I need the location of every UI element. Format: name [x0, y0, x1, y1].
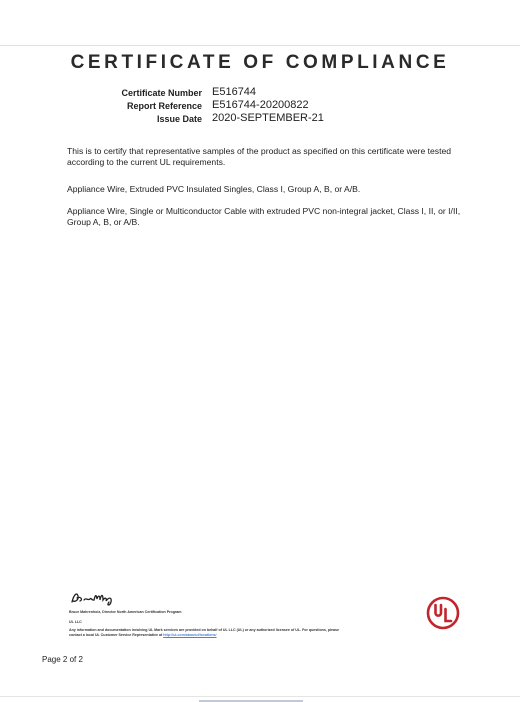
bottom-divider [0, 696, 520, 697]
top-divider [0, 45, 520, 46]
company-name: UL LLC [69, 620, 82, 624]
meta-value: E516744-20200822 [212, 99, 309, 111]
disclaimer-line-2: contact a local UL Customer Service Repr… [69, 633, 339, 638]
meta-row-certificate-number: Certificate Number E516744 [0, 86, 520, 100]
meta-row-report-reference: Report Reference E516744-20200822 [0, 99, 520, 113]
document-title: CERTIFICATE OF COMPLIANCE [0, 52, 520, 74]
meta-label: Certificate Number [121, 88, 202, 98]
meta-label: Report Reference [127, 101, 202, 111]
signature [69, 588, 129, 608]
meta-value: E516744 [212, 86, 256, 98]
locations-link[interactable]: http://ul.com/aboutul/locations/ [163, 633, 216, 637]
ul-logo-icon [426, 596, 460, 630]
product-description-1: Appliance Wire, Extruded PVC Insulated S… [67, 184, 467, 195]
product-description-2: Appliance Wire, Single or Multiconductor… [67, 206, 467, 228]
disclaimer-text: contact a local UL Customer Service Repr… [69, 633, 163, 637]
meta-value: 2020-SEPTEMBER-21 [212, 112, 324, 124]
meta-label: Issue Date [157, 114, 202, 124]
page-number: Page 2 of 2 [42, 655, 83, 664]
disclaimer: Any information and documentation involv… [69, 628, 339, 638]
signatory-name: Bruce Mahrenholz, Director North America… [69, 610, 182, 614]
meta-row-issue-date: Issue Date 2020-SEPTEMBER-21 [0, 112, 520, 126]
certification-statement: This is to certify that representative s… [67, 146, 467, 168]
